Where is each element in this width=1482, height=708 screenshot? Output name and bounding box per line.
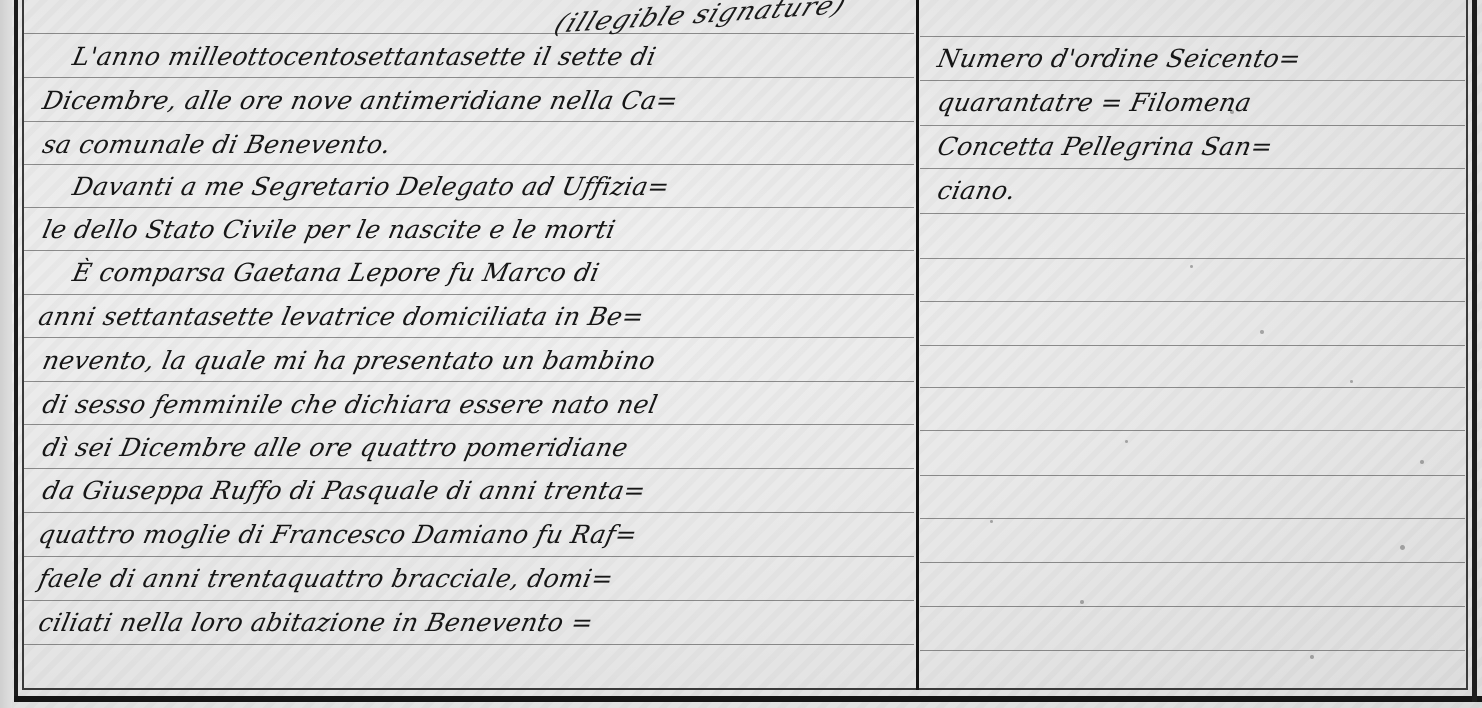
scan-speck [1420, 460, 1424, 464]
text-line: ciano. [935, 176, 1019, 205]
ruled-line [920, 168, 1465, 169]
ruled-line [920, 213, 1465, 214]
border-bottom-thin [22, 688, 1468, 690]
ruled-line [24, 164, 914, 165]
text-line: dì sei Dicembre alle ore quattro pomerid… [40, 433, 631, 462]
text-line: Concetta Pellegrina San= [935, 132, 1276, 161]
scan-speck [1080, 600, 1084, 604]
ruled-line [24, 77, 914, 78]
ruled-line [24, 337, 914, 338]
scan-speck [1260, 330, 1264, 334]
scan-speck [1310, 655, 1314, 659]
text-line: faele di anni trentaquattro bracciale, d… [36, 564, 616, 593]
text-line: Numero d'ordine Seicento= [935, 44, 1304, 73]
ruled-line [920, 430, 1465, 431]
ruled-line [920, 475, 1465, 476]
column-divider [916, 0, 919, 690]
scan-speck [1230, 110, 1234, 114]
page-edge [0, 0, 12, 708]
ruled-line [24, 250, 914, 251]
text-line: È comparsa Gaetana Lepore fu Marco di [70, 258, 602, 287]
ruled-line [24, 424, 914, 425]
text-line: di sesso femminile che dichiara essere n… [40, 390, 660, 419]
ruled-line [920, 606, 1465, 607]
ruled-line [24, 468, 914, 469]
ruled-line [920, 650, 1465, 651]
ruled-line [920, 518, 1465, 519]
text-line: nevento, la quale mi ha presentato un ba… [40, 346, 658, 375]
border-left-thin [22, 0, 24, 690]
border-right-thick [1472, 0, 1477, 702]
ruled-line [24, 381, 914, 382]
ruled-line [24, 644, 914, 645]
text-line: sa comunale di Benevento. [40, 130, 394, 159]
border-right-thin [1466, 0, 1468, 690]
register-page: (illegible signature) L'anno milleottoce… [0, 0, 1482, 708]
text-line: anni settantasette levatrice domiciliata… [36, 302, 647, 331]
scan-speck [1350, 380, 1353, 383]
text-line: Davanti a me Segretario Delegato ad Uffi… [70, 172, 672, 201]
text-line: L'anno milleottocentosettantasette il se… [70, 42, 896, 71]
ruled-line [24, 121, 914, 122]
ruled-line [24, 294, 914, 295]
text-line: quattro moglie di Francesco Damiano fu R… [36, 520, 640, 549]
ruled-line [920, 387, 1465, 388]
text-line: ciliati nella loro abitazione in Beneven… [36, 608, 596, 637]
scan-speck [990, 520, 993, 523]
ruled-line [24, 556, 914, 557]
border-left-thick [14, 0, 18, 700]
ruled-line [920, 345, 1465, 346]
ruled-line [920, 125, 1465, 126]
text-line: da Giuseppa Ruffo di Pasquale di anni tr… [40, 476, 648, 505]
scan-speck [1400, 545, 1405, 550]
scan-speck [1190, 265, 1193, 268]
text-line: le dello Stato Civile per le nascite e l… [40, 215, 618, 244]
ruled-line [920, 258, 1465, 259]
text-line: quarantatre = Filomena [935, 88, 1254, 117]
border-bottom-thick [14, 696, 1482, 702]
ruled-line [920, 36, 1465, 37]
ruled-line [24, 512, 914, 513]
ruled-line [920, 301, 1465, 302]
scan-speck [1125, 440, 1128, 443]
ruled-line [24, 207, 914, 208]
ruled-line [24, 600, 914, 601]
ruled-line [920, 80, 1465, 81]
ruled-line [24, 33, 914, 34]
text-line: Dicembre, alle ore nove antimeridiane ne… [40, 86, 681, 115]
ruled-line [920, 562, 1465, 563]
